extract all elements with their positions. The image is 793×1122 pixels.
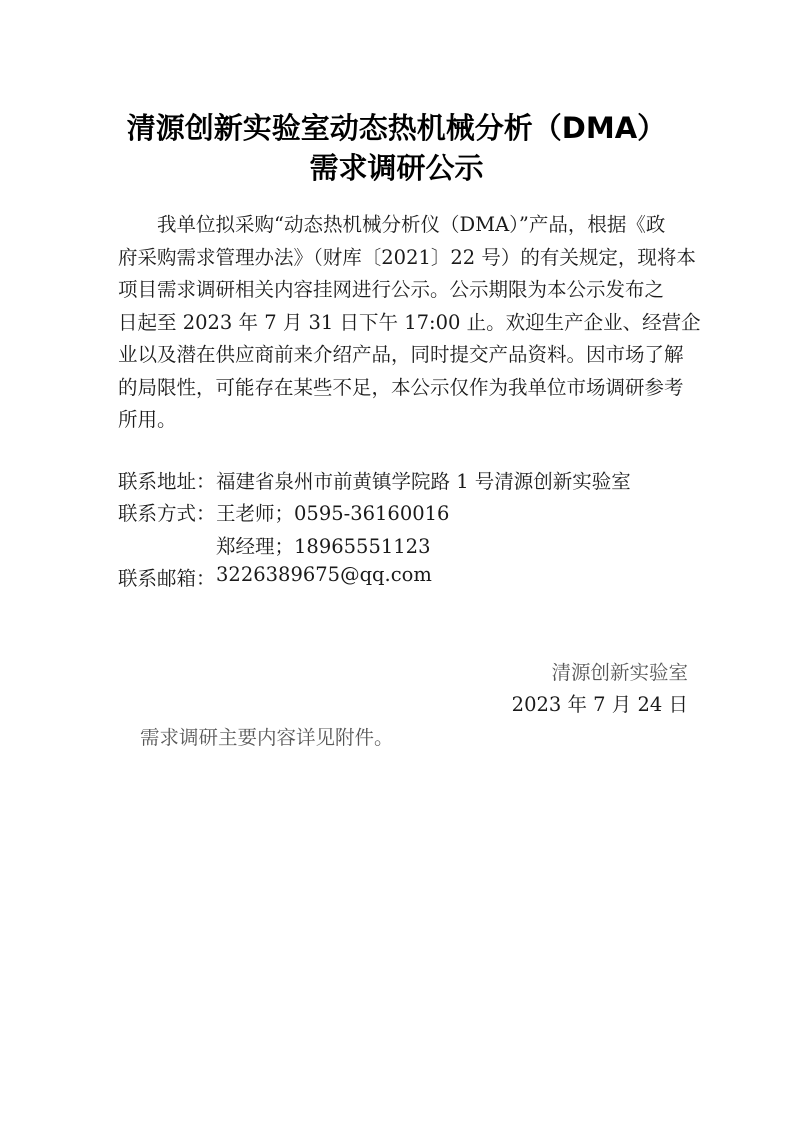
attachment-note: 需求调研主要内容详见附件。 [140,722,394,750]
body-line-7: 所用。 [118,404,177,432]
body-line-5: 业以及潜在供应商前来介绍产品，同时提交产品资料。因市场了解 [118,339,684,367]
contact-address: 福建省泉州市前黄镇学院路 1 号清源创新实验室 [216,466,631,494]
signature-date: 2023 年 7 月 24 日 [512,689,688,717]
contact-phone-2: 郑经理；18965551123 [216,531,430,559]
body-line-3: 项目需求调研相关内容挂网进行公示。公示期限为本公示发布之 [118,274,664,302]
contact-email-label: 联系邮箱： [118,563,216,591]
contact-email: 3226389675@qq.com [216,563,432,586]
body-line-2: 府采购需求管理办法》（财库〔2021〕22 号）的有关规定，现将本 [118,242,696,270]
contact-address-label: 联系地址： [118,466,216,494]
signature-org: 清源创新实验室 [551,657,688,685]
body-line-1: 我单位拟采购“动态热机械分析仪（DMA）”产品，根据《政 [157,209,665,237]
document-title-line2: 需求调研公示 [0,146,793,187]
body-line-6: 的局限性，可能存在某些不足，本公示仅作为我单位市场调研参考 [118,372,684,400]
body-line-4: 日起至 2023 年 7 月 31 日下午 17:00 止。欢迎生产企业、经营企 [118,307,701,335]
contact-method-label: 联系方式： [118,498,216,526]
contact-phone-1: 王老师；0595-36160016 [216,498,449,526]
document-title-line1: 清源创新实验室动态热机械分析（DMA） [0,106,793,147]
